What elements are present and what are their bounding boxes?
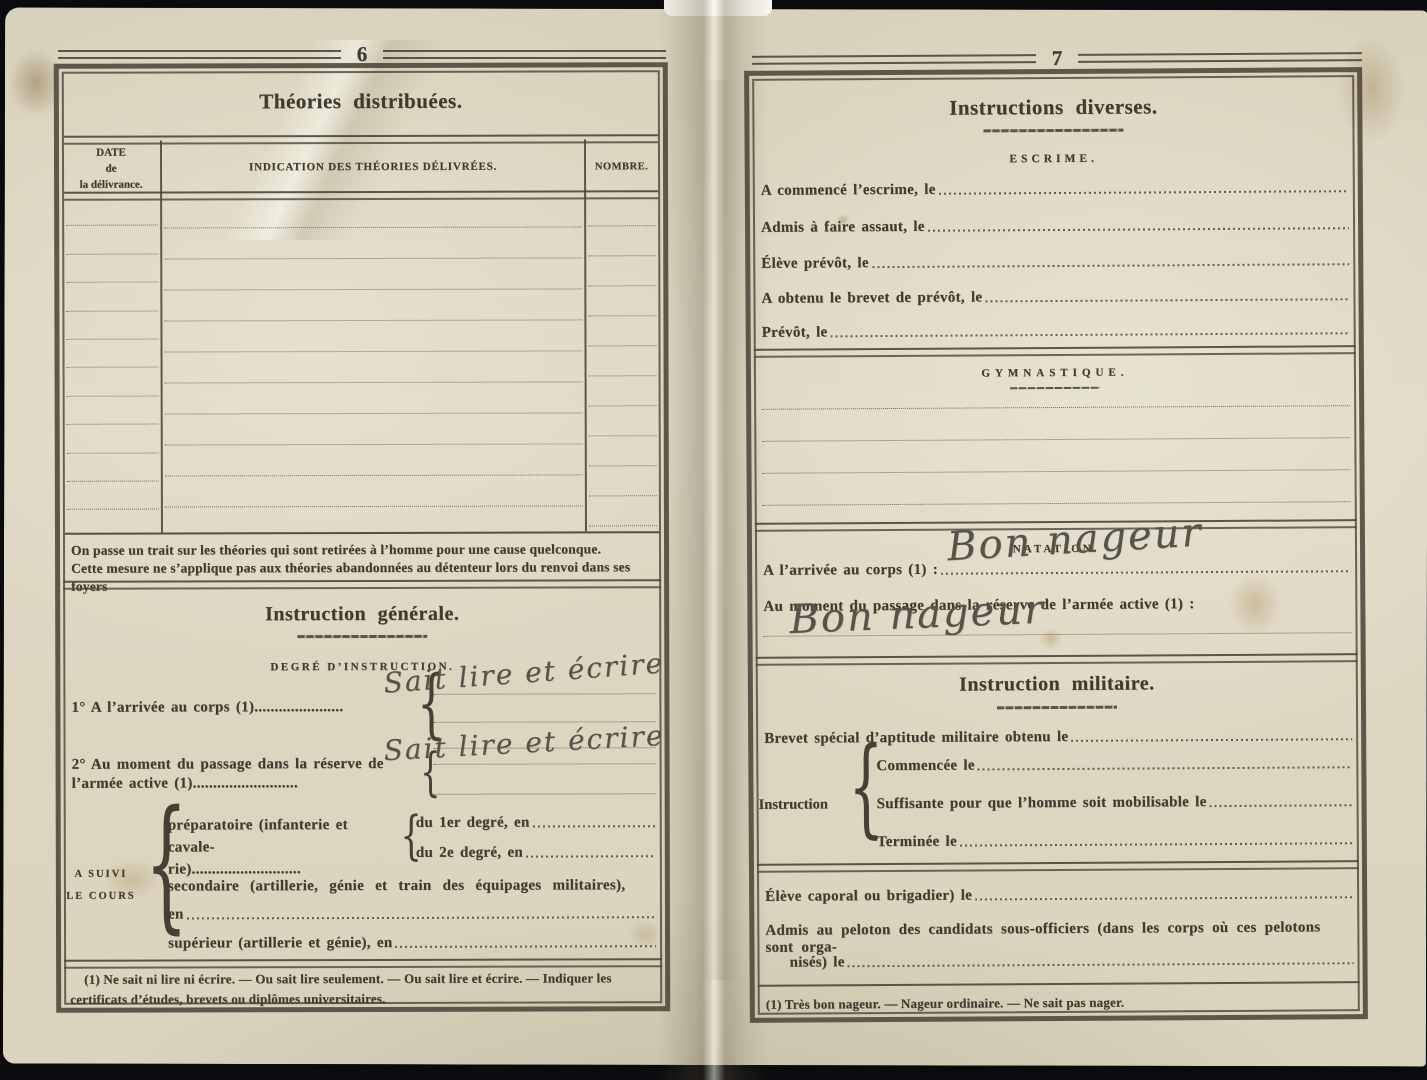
escrime-line-2: Admis à faire assaut, le	[761, 216, 1349, 237]
scanned-booklet: 6 7 Théories distribuées. DATE de la dél…	[0, 0, 1427, 1080]
escrime-line-5: Prévôt, le	[762, 321, 1350, 342]
escrime-line-4: A obtenu le brevet de prévôt, le	[761, 287, 1349, 308]
item1-row: 1° A l’arrivée au corps (1).............…	[71, 699, 416, 717]
instruction-suffisante: Suffisante pour que l’homme soit mobilis…	[877, 793, 1353, 813]
admis-peloton-line2: nisés) le	[789, 951, 1353, 971]
cours-secondaire-en: en	[168, 905, 656, 923]
page6-footnote: (1) Ne sait ni lire ni écrire. — Ou sait…	[70, 968, 658, 1009]
col-header-indication: INDICATION DES THÉORIES DÉLIVRÉES.	[164, 160, 582, 173]
footnote-divider	[64, 958, 662, 969]
table-ruled-lines-col2	[164, 196, 583, 528]
table-rule	[64, 134, 658, 145]
a-suivi-le-cours-label: A SUIVI LE COURS	[62, 864, 140, 908]
instruction-terminee: Terminée le	[877, 831, 1353, 851]
page6-title: Théories distribuées.	[54, 88, 668, 115]
col-header-nombre: NOMBRE.	[587, 161, 656, 172]
instruction-generale-title: Instruction générale.	[55, 602, 669, 627]
eleve-caporal-line: Élève caporal ou brigadier) le	[765, 885, 1353, 906]
brace: {	[848, 733, 884, 841]
page-left: Théories distribuées. DATE de la délivra…	[54, 62, 670, 1013]
page-number-right: 7	[1052, 46, 1063, 71]
instruction-militaire-title: Instruction militaire.	[748, 671, 1366, 698]
page-right: Instructions diverses. ESCRIME. A commen…	[744, 67, 1368, 1023]
section-divider	[63, 579, 661, 590]
header-rule	[1078, 52, 1362, 63]
escrime-line-1: A commencé l’escrime, le	[761, 179, 1349, 200]
theories-table: DATE de la délivrance. INDICATION DES TH…	[64, 134, 659, 535]
col-header-date: DATE de la délivrance.	[64, 146, 158, 194]
item2-row: 2° Au moment du passage dans la réserve …	[72, 755, 422, 793]
page7-title: Instructions diverses.	[744, 93, 1362, 122]
escrime-line-3: Élève prévôt, le	[761, 252, 1349, 273]
header-rule	[383, 50, 666, 59]
cours-secondaire: secondaire (artillerie, génie et train d…	[168, 877, 656, 895]
cours-prep-degre1: du 1er degré, en	[416, 814, 656, 832]
header-rule	[58, 50, 341, 59]
cours-superieur: supérieur (artillerie et génie), en	[168, 934, 656, 952]
header-rule	[752, 54, 1036, 65]
instruction-commencee: Commencée le	[876, 755, 1352, 775]
instruction-brace-label: Instruction	[759, 796, 843, 814]
table-ruled-lines-col1	[66, 198, 159, 529]
cours-prep-degre2: du 2e degré, en	[416, 844, 656, 862]
cours-preparatoire: préparatoire (infanterie et cavale- rie)…	[168, 815, 398, 881]
page7-footnote: (1) Très bon nageur. — Nageur ordinaire.…	[766, 991, 1356, 1014]
title-rule	[297, 635, 427, 638]
table-ruled-lines-col3	[588, 196, 657, 527]
